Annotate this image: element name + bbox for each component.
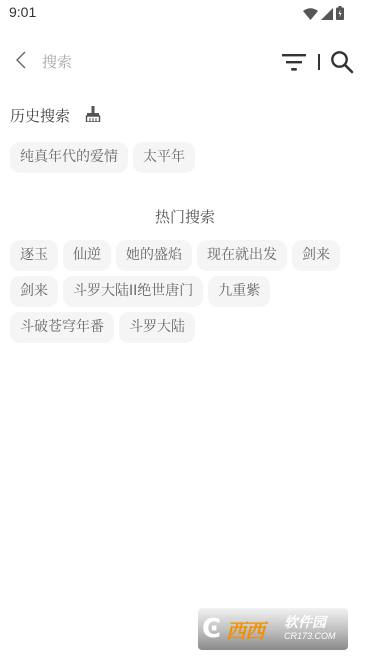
status-bar: 9:01 (0, 0, 370, 26)
header-divider (318, 54, 320, 70)
hot-chip[interactable]: 仙逆 (63, 240, 111, 271)
history-chip[interactable]: 太平年 (133, 142, 195, 173)
hot-chip-list: 逐玉 仙逆 她的盛焰 现在就出发 剑来 剑来 斗罗大陆II绝世唐门 九重紫 斗破… (10, 240, 355, 343)
broom-icon (85, 106, 101, 126)
history-chip[interactable]: 纯真年代的爱情 (10, 142, 128, 173)
hot-chip[interactable]: 斗破苍穹年番 (10, 312, 114, 343)
search-icon (330, 59, 354, 78)
watermark-url: CR173.COM (284, 631, 336, 641)
search-header (0, 42, 370, 82)
hot-chip[interactable]: 现在就出发 (197, 240, 287, 271)
hot-chip[interactable]: 剑来 (10, 276, 58, 307)
filter-icon (282, 58, 306, 77)
watermark-logo: Ͼ 西西 软件园 CR173.COM (198, 608, 348, 650)
filter-button[interactable] (282, 51, 306, 73)
hot-chip[interactable]: 九重紫 (208, 276, 270, 307)
watermark-site: 软件园 (284, 612, 326, 632)
hot-chip[interactable]: 她的盛焰 (116, 240, 192, 271)
search-input[interactable] (42, 48, 262, 76)
history-chip-list: 纯真年代的爱情 太平年 (10, 142, 365, 173)
history-title-row: 历史搜索 (10, 105, 102, 126)
clear-history-button[interactable] (84, 107, 102, 125)
hot-chip[interactable]: 逐玉 (10, 240, 58, 271)
chevron-left-icon (15, 51, 27, 73)
cat-logo-icon: Ͼ (202, 614, 221, 644)
history-title: 历史搜索 (10, 105, 70, 126)
cellular-signal-icon (321, 5, 333, 24)
wifi-icon (303, 5, 318, 24)
search-button[interactable] (330, 50, 354, 74)
back-button[interactable] (10, 50, 32, 74)
status-icons (303, 5, 344, 24)
status-time: 9:01 (9, 4, 36, 20)
hot-chip[interactable]: 斗罗大陆 (119, 312, 195, 343)
watermark-brand: 西西 (226, 615, 264, 644)
hot-search-title: 热门搜索 (0, 206, 370, 227)
hot-chip[interactable]: 剑来 (292, 240, 340, 271)
history-section: 历史搜索 (10, 105, 102, 126)
hot-chip[interactable]: 斗罗大陆II绝世唐门 (63, 276, 203, 307)
battery-charging-icon (336, 5, 344, 24)
